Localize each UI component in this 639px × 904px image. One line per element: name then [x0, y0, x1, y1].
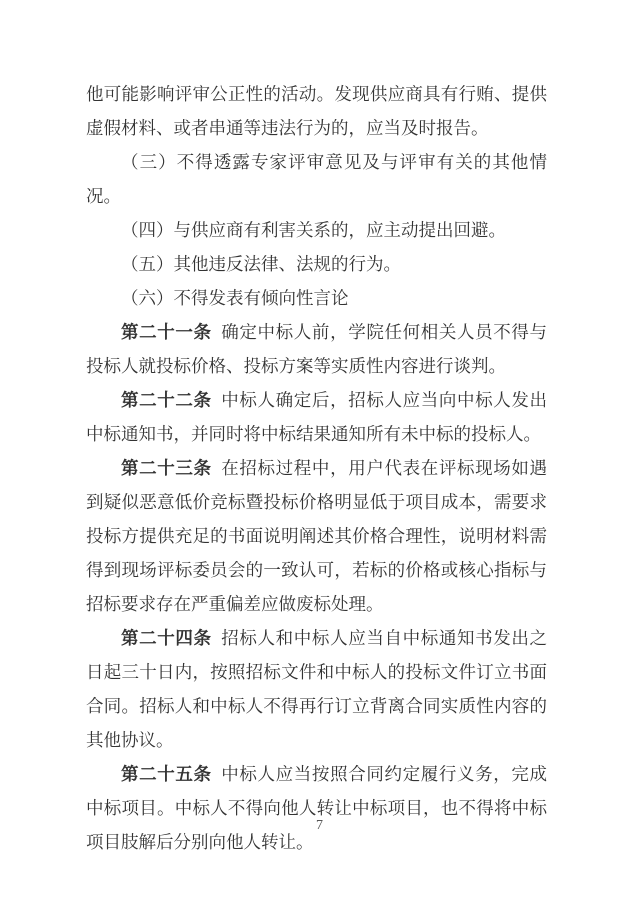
- body-paragraph: （六）不得发表有倾向性言论: [86, 281, 547, 315]
- article-paragraph: 第二十一条确定中标人前，学院任何相关人员不得与投标人就投标价格、投标方案等实质性…: [86, 315, 547, 383]
- document-page: 他可能影响评审公正性的活动。发现供应商具有行贿、提供虚假材料、或者串通等违法行为…: [0, 0, 639, 904]
- article-paragraph: 第二十二条中标人确定后，招标人应当向中标人发出中标通知书，并同时将中标结果通知所…: [86, 383, 547, 451]
- article-paragraph: 第二十三条在招标过程中，用户代表在评标现场如遇到疑似恶意低价竞标暨投标价格明显低…: [86, 451, 547, 621]
- article-number: 第二十三条: [121, 458, 212, 478]
- document-body: 他可能影响评审公正性的活动。发现供应商具有行贿、提供虚假材料、或者串通等违法行为…: [86, 77, 547, 859]
- body-paragraph: （四）与供应商有利害关系的，应主动提出回避。: [86, 213, 547, 247]
- article-paragraph: 第二十四条招标人和中标人应当自中标通知书发出之日起三十日内，按照招标文件和中标人…: [86, 621, 547, 757]
- body-paragraph: 他可能影响评审公正性的活动。发现供应商具有行贿、提供虚假材料、或者串通等违法行为…: [86, 77, 547, 145]
- article-paragraph: 第二十五条中标人应当按照合同约定履行义务，完成中标项目。中标人不得向他人转让中标…: [86, 757, 547, 859]
- article-number: 第二十四条: [121, 628, 212, 648]
- page-number: 7: [0, 818, 639, 834]
- article-number: 第二十二条: [121, 390, 212, 410]
- body-paragraph: （五）其他违反法律、法规的行为。: [86, 247, 547, 281]
- article-number: 第二十五条: [121, 764, 212, 784]
- body-paragraph: （三）不得透露专家评审意见及与评审有关的其他情况。: [86, 145, 547, 213]
- article-number: 第二十一条: [121, 322, 212, 342]
